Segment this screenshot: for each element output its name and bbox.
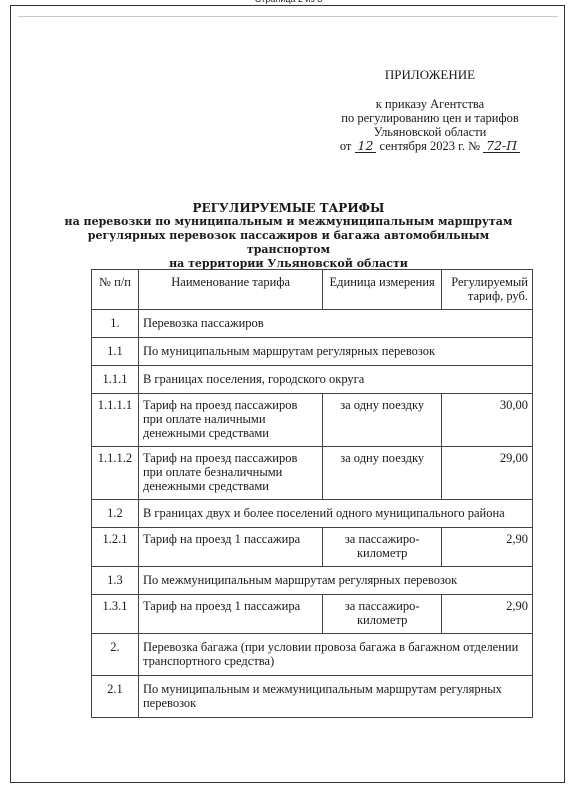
date-rest: сентября 2023 г. № [380, 139, 481, 153]
header-num: № п/п [92, 270, 139, 310]
section-name: Перевозка пассажиров [138, 310, 532, 338]
tariff-name: Тариф на проезд 1 пассажира [138, 528, 322, 567]
appendix-line-1: к приказу Агентства [300, 97, 560, 111]
tariff-value: 29,00 [442, 447, 533, 500]
row-number: 1.1 [92, 338, 139, 366]
section-name: В границах двух и более поселений одного… [138, 500, 532, 528]
appendix-date-line: от 12 сентября 2023 г. № 72-П [300, 139, 560, 153]
tariff-unit: за одну поездку [323, 394, 442, 447]
row-number: 1.2 [92, 500, 139, 528]
header-unit: Единица измерения [323, 270, 442, 310]
tariffs-table: № п/п Наименование тарифа Единица измере… [91, 269, 533, 718]
appendix-line-3: Ульяновской области [300, 125, 560, 139]
row-number: 1.3 [92, 567, 139, 595]
section-name: В границах поселения, городского округа [138, 366, 532, 394]
row-number: 1.1.1 [92, 366, 139, 394]
tariff-unit: за пассажиро-километр [323, 528, 442, 567]
row-number: 1.1.1.1 [92, 394, 139, 447]
table-row: 1.2.1Тариф на проезд 1 пассажираза пасса… [92, 528, 533, 567]
table-section-row: 2.Перевозка багажа (при условии провоза … [92, 634, 533, 676]
section-name: По межмуниципальным маршрутам регулярных… [138, 567, 532, 595]
title-line-2: регулярных перевозок пассажиров и багажа… [60, 229, 517, 257]
title-line-1: на перевозки по муниципальным и межмуниц… [60, 215, 517, 229]
tariff-name: Тариф на проезд пассажиров при оплате на… [138, 394, 322, 447]
table-section-row: 1.2В границах двух и более поселений одн… [92, 500, 533, 528]
table-row: 1.1.1.2Тариф на проезд пассажиров при оп… [92, 447, 533, 500]
appendix-line-2: по регулированию цен и тарифов [300, 111, 560, 125]
row-number: 1. [92, 310, 139, 338]
table-section-row: 2.1По муниципальным и межмуниципальным м… [92, 676, 533, 718]
tariff-value: 2,90 [442, 595, 533, 634]
header-value: Регулируемый тариф, руб. [442, 270, 533, 310]
row-number: 1.3.1 [92, 595, 139, 634]
table-section-row: 1.Перевозка пассажиров [92, 310, 533, 338]
tariff-name: Тариф на проезд 1 пассажира [138, 595, 322, 634]
page-marker: Страница 2 из 3 [0, 0, 577, 4]
section-name: По муниципальным маршрутам регулярных пе… [138, 338, 532, 366]
header-name: Наименование тарифа [138, 270, 322, 310]
tariff-value: 2,90 [442, 528, 533, 567]
tariff-unit: за одну поездку [323, 447, 442, 500]
handwritten-day: 12 [355, 140, 377, 153]
table-row: 1.1.1.1Тариф на проезд пассажиров при оп… [92, 394, 533, 447]
appendix-title: ПРИЛОЖЕНИЕ [300, 68, 560, 82]
row-number: 2. [92, 634, 139, 676]
tariff-value: 30,00 [442, 394, 533, 447]
tariff-name: Тариф на проезд пассажиров при оплате бе… [138, 447, 322, 500]
table-section-row: 1.1.1В границах поселения, городского ок… [92, 366, 533, 394]
title-main: РЕГУЛИРУЕМЫЕ ТАРИФЫ [60, 201, 517, 215]
row-number: 2.1 [92, 676, 139, 718]
table-header-row: № п/п Наименование тарифа Единица измере… [92, 270, 533, 310]
appendix-block: к приказу Агентства по регулированию цен… [300, 97, 560, 153]
handwritten-order-number: 72-П [483, 140, 520, 153]
table-row: 1.3.1Тариф на проезд 1 пассажираза пасса… [92, 595, 533, 634]
section-name: Перевозка багажа (при условии провоза ба… [138, 634, 532, 676]
table-body: 1.Перевозка пассажиров1.1По муниципальны… [92, 310, 533, 718]
row-number: 1.1.1.2 [92, 447, 139, 500]
scan-artifact-line [18, 16, 558, 17]
document-title: РЕГУЛИРУЕМЫЕ ТАРИФЫ на перевозки по муни… [60, 201, 517, 271]
row-number: 1.2.1 [92, 528, 139, 567]
section-name: По муниципальным и межмуниципальным марш… [138, 676, 532, 718]
date-prefix: от [340, 139, 352, 153]
table-section-row: 1.3По межмуниципальным маршрутам регуляр… [92, 567, 533, 595]
tariff-unit: за пассажиро-километр [323, 595, 442, 634]
table-section-row: 1.1По муниципальным маршрутам регулярных… [92, 338, 533, 366]
